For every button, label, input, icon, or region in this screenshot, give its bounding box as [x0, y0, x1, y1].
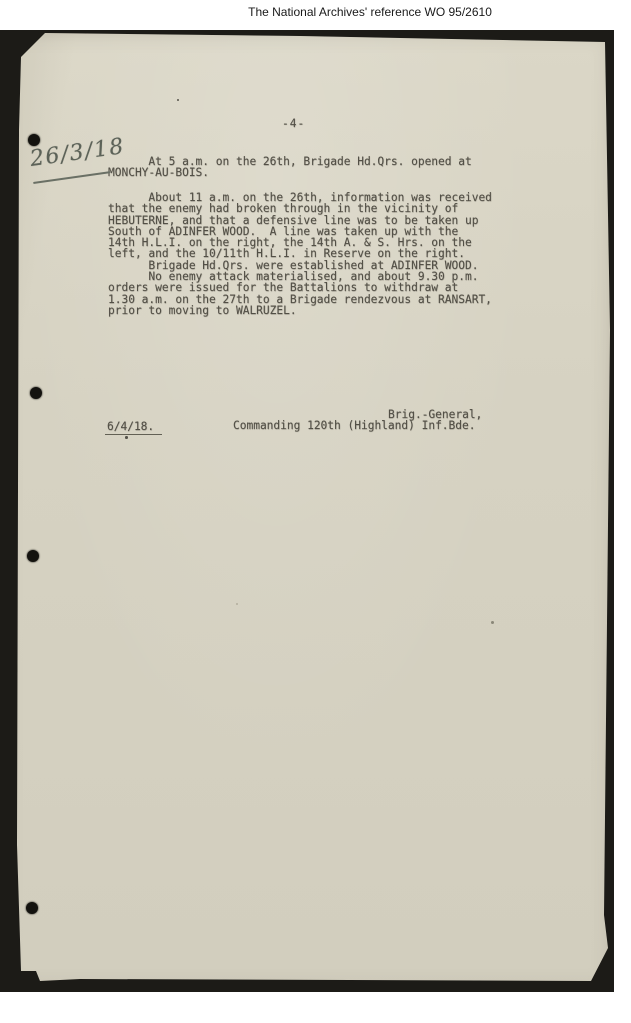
signature-command-line: Commanding 120th (Highland) Inf.Bde.	[233, 420, 475, 431]
punch-hole	[30, 387, 42, 399]
paper-speck	[236, 603, 238, 605]
paper-speck	[491, 621, 494, 624]
diary-entry-paragraph-1: At 5 a.m. on the 26th, Brigade Hd.Qrs. o…	[108, 156, 472, 179]
scanned-page-background: -4- At 5 a.m. on the 26th, Brigade Hd.Qr…	[0, 30, 614, 992]
handwritten-date-underline	[33, 171, 110, 183]
punch-hole	[27, 550, 39, 562]
punch-hole	[28, 134, 40, 146]
diary-entry-paragraph-2: About 11 a.m. on the 26th, information w…	[108, 192, 492, 316]
archive-reference-header: The National Archives' reference WO 95/2…	[110, 5, 630, 25]
diary-paper-sheet: -4- At 5 a.m. on the 26th, Brigade Hd.Qr…	[0, 30, 614, 992]
stray-period-mark	[125, 436, 128, 439]
signature-date: 6/4/18.	[105, 421, 162, 435]
page-number: -4-	[282, 118, 305, 129]
paper-speck	[177, 99, 179, 101]
punch-hole	[26, 902, 38, 914]
